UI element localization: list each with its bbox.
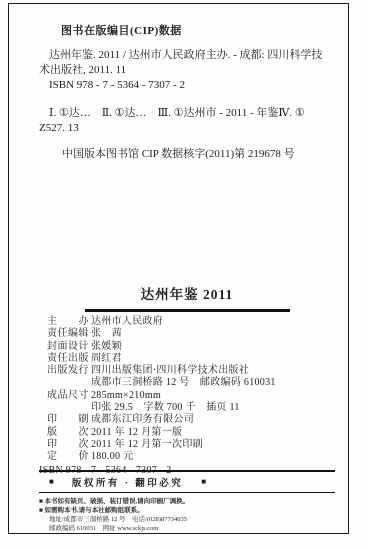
colophon-row-production: 责任出版 周红君 [39,353,335,365]
colophon-label: 印 次 [47,439,91,451]
spacer [39,93,335,106]
colophon-value: 张媛颖 [91,341,335,353]
colophon-label: 封面设计 [47,341,91,353]
colophon-list: 主 办 达州市人民政府 责任编辑 张 茜 封面设计 张媛颖 责任出版 周红君 出… [39,316,335,477]
colophon-label [47,402,91,414]
colophon-row-edition: 版 次 2011 年 12 月第一版 [39,427,335,439]
colophon-label: 成品尺寸 [47,390,91,402]
filled-square-icon: ■ [49,478,54,486]
colophon-value: 2011 年 12 月第一版 [91,427,335,439]
colophon-value: 张 茜 [91,328,335,340]
separator-rule-bottom [39,492,335,494]
colophon-row-printer: 印 刷 成都东江印务有限公司 [39,414,335,426]
note-postcode-website: 邮政编码 610031 网址 www.sckjs.com [39,524,335,533]
cip-section: 图书在版编目(CIP)数据 达州年鉴. 2011 / 达州市人民政府主办. - … [39,24,335,162]
colophon-label: 版 次 [47,427,91,439]
colophon-value: 印张 29.5 字数 700 千 插页 11 [91,402,335,414]
colophon-label: 定 价 [47,451,91,463]
cip-classification-line-1: Ⅰ. ①达… Ⅱ. ①达… Ⅲ. ①达州市 - 2011 - 年鉴Ⅳ. ① [39,106,335,121]
cip-classification-line-2: Z527. 13 [39,121,335,136]
title-block: 达州年鉴 2011 [39,283,335,312]
colophon-value: 2011 年 12 月第一次印刷 [91,439,335,451]
colophon-value: 成都市三洞桥路 12 号 邮政编码 610031 [91,377,335,389]
colophon-row-sheets: 印张 29.5 字数 700 千 插页 11 [39,402,335,414]
cip-description-line-2: 术出版社, 2011. 11 [39,63,335,78]
colophon-value: 周红君 [91,353,335,365]
colophon-row-editor: 责任编辑 张 茜 [39,328,335,340]
filled-square-icon: ■ [201,478,206,486]
colophon-row-trim-size: 成品尺寸 285mm×210mm [39,390,335,402]
fine-print: ■ 本书如有缺页、破损、装订错误,请向印刷厂调换。 ■ 如需购本书,请与本社邮购… [39,497,335,533]
colophon-value: 达州市人民政府 [91,316,335,328]
bottom-section: ■ 版权所有 · 翻印必究 ■ ■ 本书如有缺页、破损、装订错误,请向印刷厂调换… [39,470,335,533]
title-rule [85,309,290,312]
colophon-row-publishing-house: 出版发行 四川出版集团·四川科学技术出版社 [39,365,335,377]
colophon-label: 责任出版 [47,353,91,365]
colophon-label: 出版发行 [47,365,91,377]
copyright-notice: ■ 版权所有 · 翻印必究 ■ [39,472,335,492]
book-title: 达州年鉴 2011 [39,283,335,303]
colophon-row-cover-design: 封面设计 张媛颖 [39,341,335,353]
spacer [39,136,335,147]
colophon-value: 成都东江印务有限公司 [91,414,335,426]
colophon-label: 印 刷 [47,414,91,426]
colophon-value: 180.00 元 [91,451,335,463]
copyright-text: 版权所有 · 翻印必究 [72,475,183,489]
colophon-label [47,377,91,389]
cip-isbn: ISBN 978 - 7 - 5364 - 7307 - 2 [39,78,335,93]
cip-heading: 图书在版编目(CIP)数据 [61,24,335,39]
note-exchange: ■ 本书如有缺页、破损、装订错误,请向印刷厂调换。 [39,497,335,506]
cip-description-line-1: 达州年鉴. 2011 / 达州市人民政府主办. - 成都: 四川科学技 [39,48,335,63]
note-address-phone: 地址/成都市三洞桥路 12 号 电话/(028)87734035 [39,515,335,524]
colophon-label: 主 办 [47,316,91,328]
note-mail-order: ■ 如需购本书,请与本社邮购组联系。 [39,506,335,515]
colophon-value: 285mm×210mm [91,390,335,402]
colophon-row-address: 成都市三洞桥路 12 号 邮政编码 610031 [39,377,335,389]
cip-registry-number: 中国版本图书馆 CIP 数据核字(2011)第 219678 号 [39,147,335,162]
page-frame: 图书在版编目(CIP)数据 达州年鉴. 2011 / 达州市人民政府主办. - … [8,3,349,534]
colophon-value: 四川出版集团·四川科学技术出版社 [91,365,335,377]
colophon-row-printing: 印 次 2011 年 12 月第一次印刷 [39,439,335,451]
colophon-row-publisher: 主 办 达州市人民政府 [39,316,335,328]
colophon-row-price: 定 价 180.00 元 [39,451,335,463]
colophon-label: 责任编辑 [47,328,91,340]
